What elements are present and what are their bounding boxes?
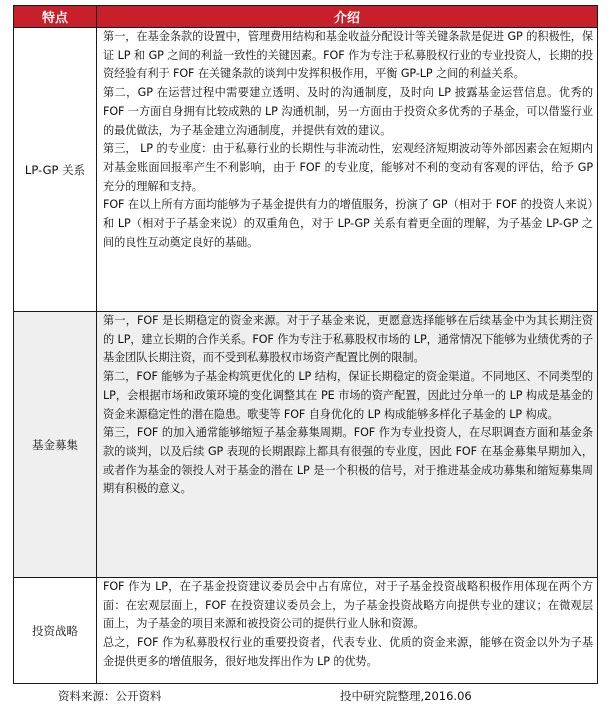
- description-cell: FOF 作为 LP，在子基金投资建议委员会中占有席位，对于子基金投资战略积极作用…: [97, 578, 598, 684]
- paragraph: FOF 作为 LP，在子基金投资建议委员会中占有席位，对于子基金投资战略积极作用…: [103, 578, 593, 634]
- feature-cell: 投资战略: [14, 578, 97, 684]
- paragraph: 第三， LP 的专业度：由于私募行业的长期性与非流动性，宏观经济短期波动等外部因…: [103, 140, 593, 196]
- table-row: 基金募集 第一，FOF 是长期稳定的资金来源。对于子基金来说，更愿意选择能够在后…: [14, 312, 598, 578]
- paragraph: 第三，FOF 的加入通常能够缩短子基金募集周期。FOF 作为专业投资人，在尽职调…: [103, 424, 593, 499]
- feature-cell: LP-GP 关系: [14, 28, 97, 312]
- paragraph: 第二，GP 在运营过程中需要建立透明、及时的沟通制度，及时向 LP 披露基金运营…: [103, 84, 593, 140]
- table-row: 投资战略 FOF 作为 LP，在子基金投资建议委员会中占有席位，对于子基金投资战…: [14, 578, 598, 684]
- feature-cell: 基金募集: [14, 312, 97, 578]
- fof-features-table: 特点 介绍 LP-GP 关系 第一，在基金条款的设置中，管理费用结构和基金收益分…: [13, 5, 598, 684]
- paragraph: FOF 在以上所有方面均能够为子基金提供有力的增值服务，扮演了 GP（相对于 F…: [103, 196, 593, 252]
- paragraph: 第二，FOF 能够为子基金构筑更优化的 LP 结构，保证长期稳定的资金渠道。不同…: [103, 368, 593, 424]
- table-row: LP-GP 关系 第一，在基金条款的设置中，管理费用结构和基金收益分配设计等关键…: [14, 28, 598, 312]
- description-cell: 第一，在基金条款的设置中，管理费用结构和基金收益分配设计等关键条款是促进 GP …: [97, 28, 598, 312]
- header-description: 介绍: [97, 6, 598, 28]
- source-note: 资料来源：公开资料: [58, 688, 162, 704]
- description-cell: 第一，FOF 是长期稳定的资金来源。对于子基金来说，更愿意选择能够在后续基金中为…: [97, 312, 598, 578]
- paragraph: 第一，FOF 是长期稳定的资金来源。对于子基金来说，更愿意选择能够在后续基金中为…: [103, 312, 593, 368]
- header-feature: 特点: [14, 6, 97, 28]
- paragraph: 总之，FOF 作为私募股权行业的重要投资者，代表专业、优质的资金来源，能够在资金…: [103, 634, 593, 671]
- compiled-by-note: 投中研究院整理,2016.06: [340, 688, 472, 704]
- table-header-row: 特点 介绍: [14, 6, 598, 28]
- paragraph: 第一，在基金条款的设置中，管理费用结构和基金收益分配设计等关键条款是促进 GP …: [103, 28, 593, 84]
